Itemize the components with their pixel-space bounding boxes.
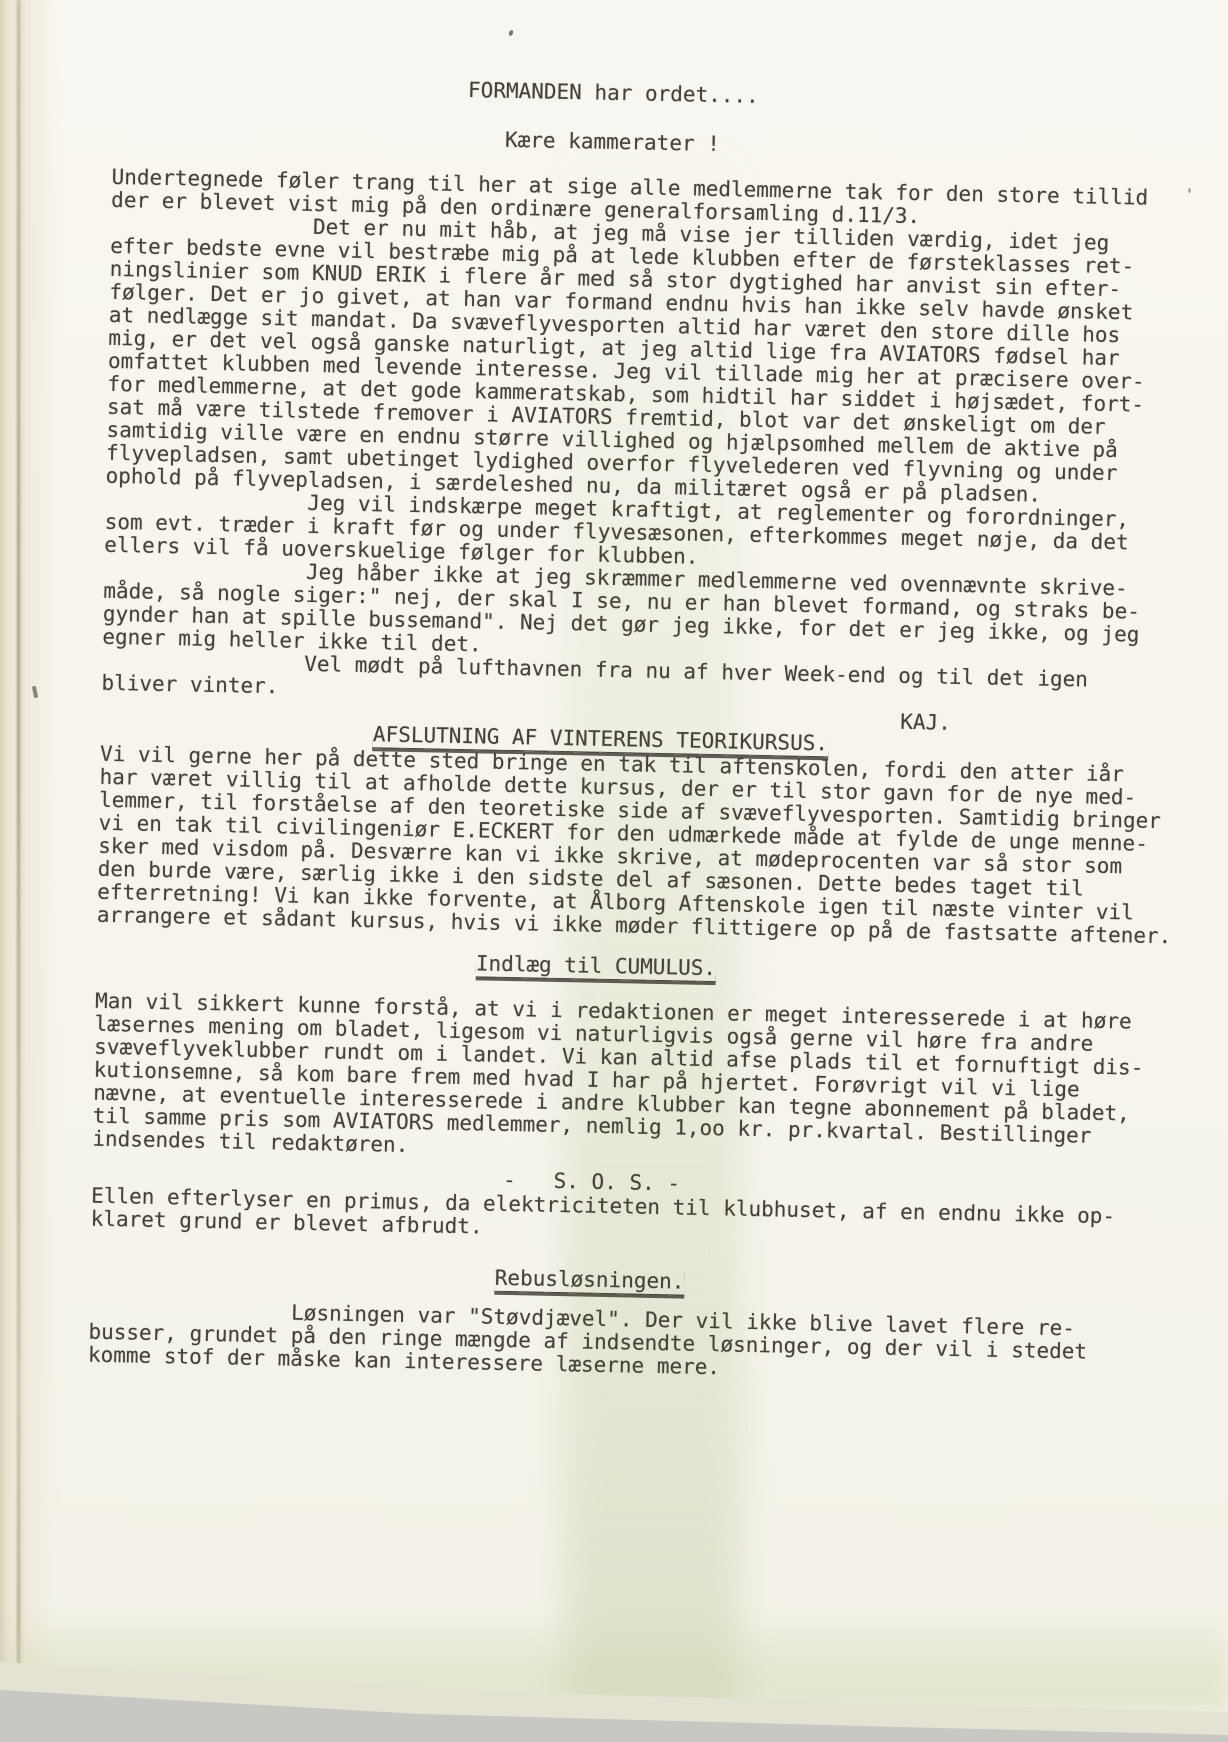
section-body: Man vil sikkert kunne forstå, at vi i re…	[92, 990, 1095, 1171]
section-body: Vi vil gerne her på dette sted bringe en…	[97, 743, 1100, 947]
letter-body: Undertegnede føler trang til her at sige…	[101, 166, 1111, 715]
section-sos: - S. O. S. - Ellen efterlyser en primus,…	[90, 1161, 1091, 1251]
section-afslutning: AFSLUTNING AF VINTERENS TEORIKURSUS. Vi …	[97, 718, 1101, 947]
page-title: FORMANDEN har ordet....	[113, 72, 1113, 115]
section-indlaeg-til-cumulus: Indlæg til CUMULUS. Man vil sikkert kunn…	[92, 945, 1096, 1171]
section-heading-text: Rebusløsningen.	[495, 1267, 685, 1296]
section-body: Løsningen var "Støvdjævel". Der vil ikke…	[88, 1298, 1089, 1387]
section-heading-text: Indlæg til CUMULUS.	[476, 952, 717, 982]
scanned-newsletter-page: FORMANDEN har ordet.... Kære kammerater …	[0, 0, 1228, 1742]
section-rebusloesningen: Rebusløsningen. Løsningen var "Støvdjæve…	[88, 1259, 1090, 1387]
section-heading: Rebusløsningen.	[89, 1259, 1089, 1304]
typewritten-content: FORMANDEN har ordet.... Kære kammerater …	[0, 0, 1228, 1389]
salutation: Kære kammerater !	[112, 121, 1112, 164]
section-heading: Indlæg til CUMULUS.	[96, 945, 1096, 990]
